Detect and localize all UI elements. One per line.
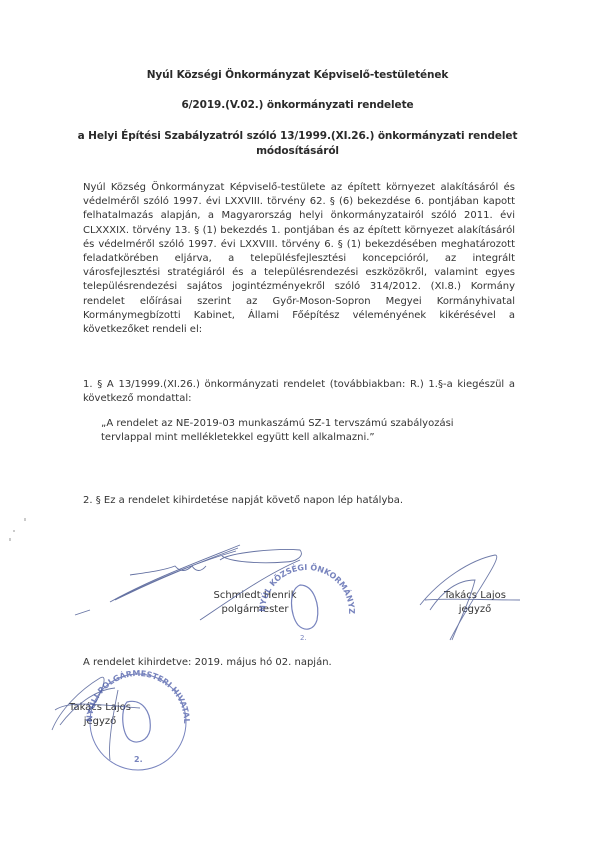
decree-number: 6/2019.(V.02.) önkormányzati rendelete [0,99,595,111]
section-2: 2. § Ez a rendelet kihirdetése napját kö… [83,494,515,508]
notary-title: jegyző [430,603,520,617]
mayor-title: polgármester [200,603,310,617]
decree-subject: a Helyi Építési Szabályzatról szóló 13/1… [0,129,595,159]
quote-line-1: „A rendelet az NE-2019-03 munkaszámú SZ-… [101,417,511,431]
notary2-title: jegyző [60,715,140,729]
svg-text:2.: 2. [134,755,143,764]
mayor-signature-block: Schmiedt Henrik polgármester [200,589,310,617]
decree-subject-line2: módosításáról [0,144,595,159]
notary-signature-block-2: Takács Lajos jegyző [60,701,140,729]
scan-noise-icon [9,518,26,541]
section-1: 1. § A 13/1999.(XI.26.) önkormányzati re… [83,378,515,406]
amendment-quote: „A rendelet az NE-2019-03 munkaszámú SZ-… [101,417,511,445]
mayor-name: Schmiedt Henrik [200,589,310,603]
council-title: Nyúl Községi Önkormányzat Képviselő-test… [0,69,595,81]
notary-name: Takács Lajos [430,589,520,603]
publication-date: A rendelet kihirdetve: 2019. május hó 02… [83,657,332,668]
preamble-paragraph: Nyúl Község Önkormányzat Képviselő-testü… [83,181,515,337]
decree-subject-line1: a Helyi Építési Szabályzatról szóló 13/1… [0,129,595,144]
quote-line-2: tervlappal mint mellékletekkel együtt ke… [101,431,511,445]
svg-text:2.: 2. [300,634,307,642]
notary-signature-block: Takács Lajos jegyző [430,589,520,617]
notary2-name: Takács Lajos [60,701,140,715]
